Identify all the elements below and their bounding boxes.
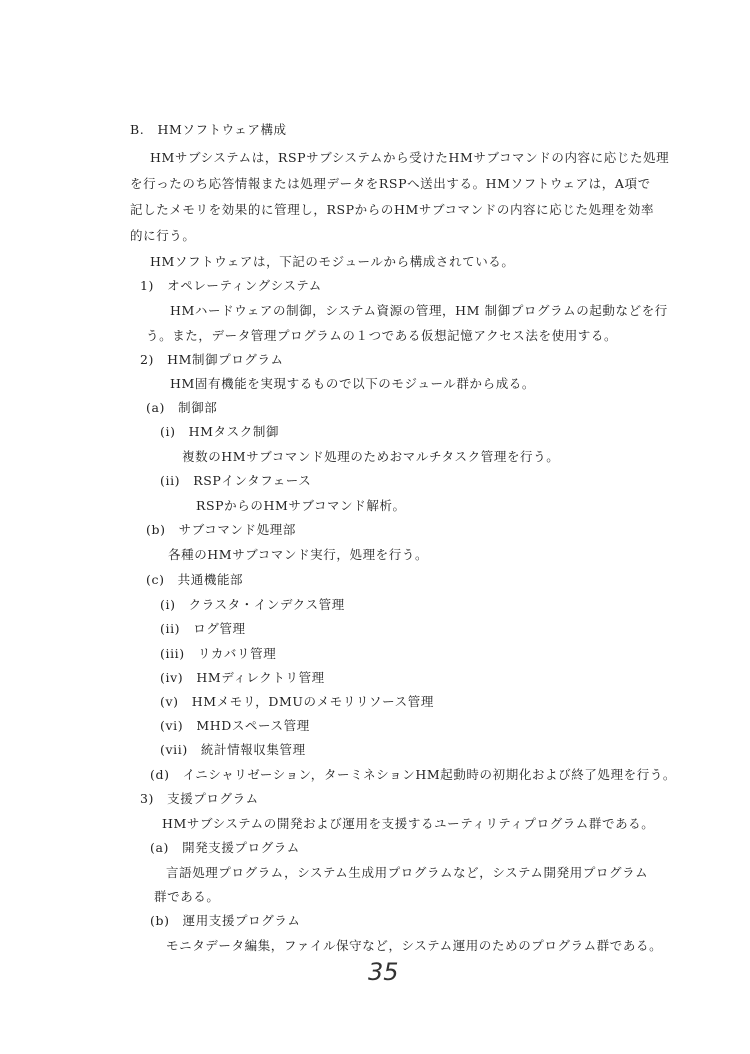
paragraph-line: う。また，データ管理プログラムの１つである仮想記憶アクセス法を使用する。	[146, 328, 617, 344]
list-item: (i) HMタスク制御	[160, 424, 279, 440]
paragraph-line: RSPからのHMサブコマンド解析。	[196, 498, 406, 514]
list-subheading: (a) 開発支援プログラム	[150, 840, 300, 856]
paragraph-line: 言語処理プログラム，システム生成用プログラムなど，システム開発用プログラム	[166, 865, 648, 881]
list-heading: 1) オペレーティングシステム	[140, 278, 322, 294]
paragraph-line: 群である。	[154, 889, 220, 905]
paragraph-line: 記したメモリを効果的に管理し，RSPからのHMサブコマンドの内容に応じた処理を効…	[130, 202, 654, 218]
list-item: (vii) 統計情報収集管理	[160, 742, 306, 758]
paragraph-line: HMサブシステムの開発および運用を支援するユーティリティプログラム群である。	[162, 816, 654, 832]
list-heading: 3) 支援プログラム	[140, 791, 259, 807]
paragraph-line: HMハードウェアの制御，システム資源の管理，HM 制御プログラムの起動などを行	[170, 303, 668, 319]
paragraph-line: HM固有機能を実現するもので以下のモジュール群から成る。	[170, 376, 535, 392]
list-subheading: (c) 共通機能部	[146, 572, 243, 588]
list-item: (iv) HMディレクトリ管理	[160, 670, 325, 686]
paragraph-line: HMサブシステムは，RSPサブシステムから受けたHMサブコマンドの内容に応じた処…	[150, 150, 669, 166]
paragraph-line: HMソフトウェアは，下記のモジュールから構成されている。	[150, 254, 515, 270]
page-number: 35	[368, 958, 399, 986]
list-item: (i) クラスタ・インデクス管理	[160, 597, 345, 613]
list-subheading: (b) 運用支援プログラム	[150, 913, 300, 929]
list-subheading: (d) イニシャリゼーション，ターミネションHM起動時の初期化および終了処理を行…	[150, 767, 676, 783]
list-item: (v) HMメモリ，DMUのメモリリソース管理	[160, 694, 434, 710]
paragraph-line: 各種のHMサブコマンド実行，処理を行う。	[168, 547, 428, 563]
list-subheading: (b) サブコマンド処理部	[146, 522, 296, 538]
list-item: (ii) RSPインタフェース	[160, 473, 311, 489]
list-item: (vi) MHDスペース管理	[160, 718, 310, 734]
paragraph-line: 複数のHMサブコマンド処理のためおマルチタスク管理を行う。	[182, 449, 559, 465]
list-item: (ii) ログ管理	[160, 621, 246, 637]
paragraph-line: モニタデータ編集，ファイル保守など，システム運用のためのプログラム群である。	[166, 938, 662, 954]
paragraph-line: を行ったのち応答情報または処理データをRSPへ送出する。HMソフトウェアは，A項…	[130, 176, 651, 192]
paragraph-line: 的に行う。	[130, 228, 196, 244]
list-item: (iii) リカバリ管理	[160, 646, 276, 662]
list-subheading: (a) 制御部	[146, 400, 217, 416]
list-heading: 2) HM制御プログラム	[140, 352, 284, 368]
section-heading: B. HMソフトウェア構成	[130, 122, 287, 138]
